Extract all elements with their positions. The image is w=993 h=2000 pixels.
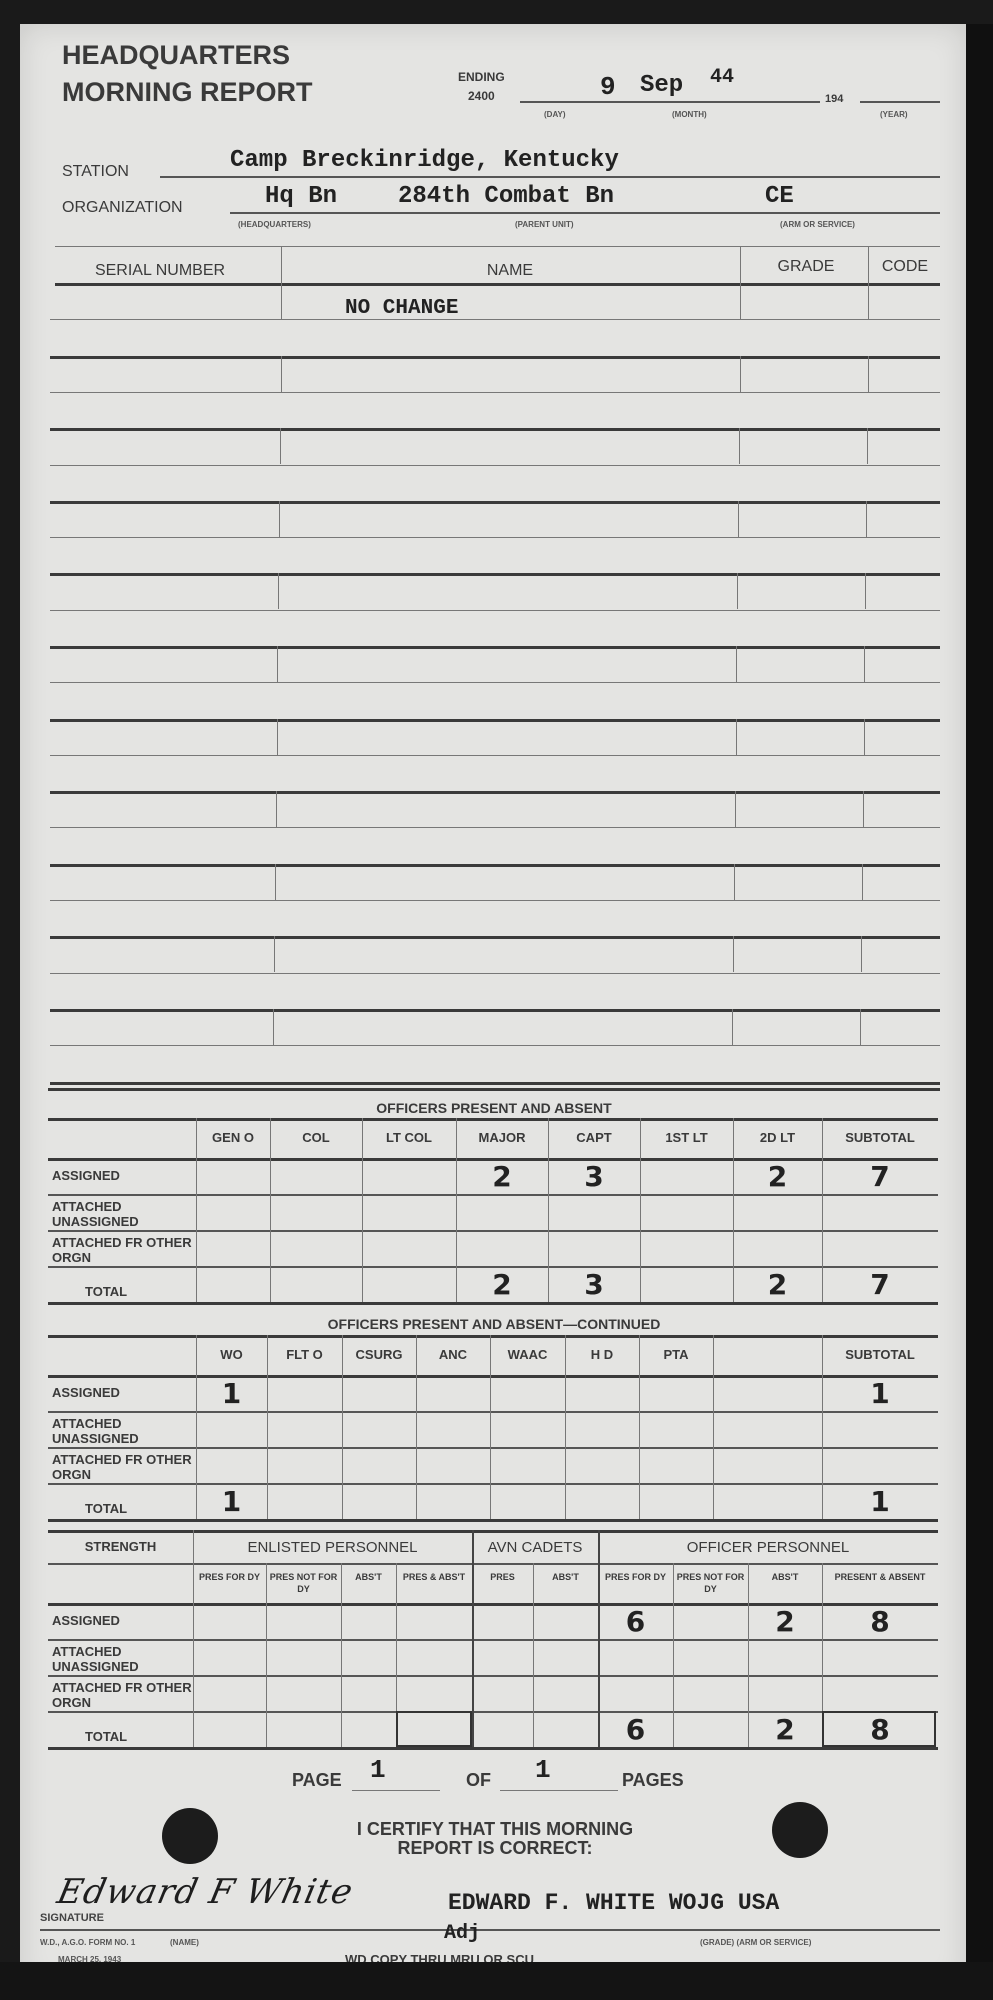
col-divider (748, 1563, 749, 1747)
col-divider (673, 1563, 674, 1747)
of-label: OF (466, 1770, 491, 1791)
officers-cont-col-header: WAAC (490, 1347, 565, 1362)
roster-header-line (55, 283, 940, 286)
roster-row-line (50, 356, 940, 359)
roster-row-line (50, 319, 940, 320)
signature: Edward F White (54, 1872, 357, 1912)
strength-subcol-header: PRES NOT FOR DY (673, 1571, 748, 1595)
organization-line (230, 212, 940, 214)
name-caption: (NAME) (170, 1938, 199, 1947)
report-month: Sep (640, 72, 683, 99)
table-line (48, 1194, 938, 1196)
cell-value: 1 (196, 1485, 267, 1518)
year-line (860, 101, 940, 103)
arm-caption: (ARM OR SERVICE) (780, 220, 855, 229)
col-divider (713, 1335, 714, 1519)
scan-border-bottom (0, 1962, 993, 2000)
roster-col-divider (733, 936, 734, 972)
org-parent-unit: 284th Combat Bn (398, 183, 614, 210)
roster-col-divider (864, 646, 865, 682)
total-pages: 1 (535, 1755, 551, 1785)
roster-col-divider (736, 719, 737, 755)
roster-row-line (50, 973, 940, 974)
ending-label: ENDING (458, 70, 505, 84)
col-divider (533, 1563, 534, 1747)
roster-col-divider (280, 428, 281, 464)
strength-subcol-header: PRES FOR DY (193, 1571, 266, 1583)
roster-col-divider (862, 864, 863, 900)
roster-col-divider (281, 246, 282, 283)
signature-label: SIGNATURE (40, 1912, 104, 1924)
cell-value: 2 (748, 1713, 822, 1746)
enlisted-total-box (396, 1711, 472, 1747)
roster-col-divider (865, 573, 866, 609)
roster-col-divider (738, 501, 739, 537)
strength-subcol-header: ABS'T (533, 1571, 598, 1583)
roster-col-divider (863, 791, 864, 827)
punch-hole-right (772, 1802, 828, 1858)
strength-subcol-header: PRES FOR DY (598, 1571, 673, 1583)
table-line (48, 1118, 938, 1121)
officers-col-header: SUBTOTAL (822, 1130, 938, 1145)
org-arm-service: CE (765, 183, 794, 210)
row-label: ASSIGNED (52, 1168, 192, 1183)
strength-subcol-header: PRES NOT FOR DY (266, 1571, 341, 1595)
page-label: PAGE (292, 1770, 342, 1791)
roster-col-divider (737, 573, 738, 609)
day-caption: (DAY) (544, 110, 565, 119)
col-divider (416, 1335, 417, 1519)
year-prefix: 194 (825, 93, 843, 105)
strength-subcol-header: PRESENT & ABSENT (822, 1571, 938, 1583)
roster-col-divider (739, 428, 740, 464)
scan-border (966, 24, 993, 2000)
officers-cont-col-header: WO (196, 1347, 267, 1362)
roster-row-line (50, 428, 940, 431)
table-line (48, 1375, 938, 1378)
roster-col-divider (734, 864, 735, 900)
page-number: 1 (370, 1755, 386, 1785)
table-line (48, 1483, 938, 1485)
col-divider (639, 1335, 640, 1519)
roster-col-divider (277, 719, 278, 755)
roster-col-divider (740, 246, 741, 283)
grade-caption: (GRADE) (ARM OR SERVICE) (700, 1938, 811, 1947)
roster-col-divider (732, 1009, 733, 1045)
officers-cont-col-header: PTA (639, 1347, 713, 1362)
station-line (160, 176, 940, 178)
table-line (48, 1411, 938, 1413)
roster-col-divider (866, 501, 867, 537)
officers-cont-col-header: ANC (416, 1347, 490, 1362)
table-line (48, 1230, 938, 1232)
row-label: ATTACHED FR OTHER ORGN (52, 1235, 192, 1265)
cell-value: 2 (733, 1268, 822, 1301)
officers-col-header: 2D LT (733, 1130, 822, 1145)
officers-title: OFFICERS PRESENT AND ABSENT (48, 1100, 940, 1116)
section-divider (48, 1088, 940, 1091)
roster-col-divider (276, 791, 277, 827)
roster-col-divider (281, 283, 282, 319)
table-line (48, 1335, 938, 1338)
roster-row-line (50, 755, 940, 756)
roster-row-line (50, 936, 940, 939)
cell-value: 1 (822, 1485, 938, 1518)
row-label: TOTAL (85, 1729, 225, 1744)
roster-row-line (50, 392, 940, 393)
roster-row-line (50, 537, 940, 538)
roster-row-line (50, 573, 940, 576)
cell-value: 3 (548, 1160, 640, 1193)
report-day: 9 (600, 72, 616, 102)
row-label: ASSIGNED (52, 1385, 192, 1400)
table-line (48, 1447, 938, 1449)
strength-label: STRENGTH (48, 1539, 193, 1554)
roster-col-divider (861, 936, 862, 972)
col-divider (266, 1563, 267, 1747)
month-caption: (MONTH) (672, 110, 707, 119)
punch-hole-left (162, 1808, 218, 1864)
total-pages-line (500, 1790, 618, 1791)
cell-value: 7 (822, 1268, 938, 1301)
row-label: ATTACHED UNASSIGNED (52, 1199, 192, 1229)
col-divider (472, 1530, 474, 1747)
roster-col-divider (868, 246, 869, 283)
cell-value: 7 (822, 1160, 938, 1193)
table-line (48, 1519, 938, 1522)
strength-group-header: OFFICER PERSONNEL (598, 1539, 938, 1556)
officers-col-header: 1ST LT (640, 1130, 733, 1145)
col-divider (267, 1335, 268, 1519)
roster-row-line (50, 719, 940, 722)
officers-col-header: LT COL (362, 1130, 456, 1145)
roster-col-divider (864, 719, 865, 755)
roster-col-divider (275, 864, 276, 900)
roster-col-divider (736, 646, 737, 682)
officers-continued-title: OFFICERS PRESENT AND ABSENT—CONTINUED (48, 1316, 940, 1332)
roster-row-line (50, 900, 940, 901)
row-label: ATTACHED FR OTHER ORGN (52, 1452, 192, 1482)
roster-col-divider (740, 283, 741, 319)
col-divider (822, 1118, 823, 1302)
form-number: W.D., A.G.O. FORM NO. 1 (40, 1938, 135, 1947)
strength-subcol-header: PRES & ABS'T (396, 1571, 472, 1583)
roster-col-divider (868, 356, 869, 392)
officers-cont-col-header: FLT O (267, 1347, 342, 1362)
strength-group-header: ENLISTED PERSONNEL (193, 1539, 472, 1556)
col-divider (196, 1335, 197, 1519)
table-line (48, 1302, 938, 1305)
roster-row-line (50, 610, 940, 611)
officers-col-header: COL (270, 1130, 362, 1145)
roster-row-line (50, 827, 940, 828)
roster-row-line (50, 465, 940, 466)
roster-col-code: CODE (870, 258, 940, 276)
signer-title: Adj (444, 1922, 480, 1945)
roster-col-divider (274, 936, 275, 972)
roster-col-divider (868, 283, 869, 319)
officers-cont-col-header: H D (565, 1347, 639, 1362)
report-year: 44 (710, 66, 734, 89)
ending-time: 2400 (468, 89, 495, 103)
roster-col-divider (860, 1009, 861, 1045)
col-divider (270, 1118, 271, 1302)
cell-value: 2 (733, 1160, 822, 1193)
station-value: Camp Breckinridge, Kentucky (230, 147, 619, 174)
form-title-line2: MORNING REPORT (62, 77, 313, 108)
col-divider (193, 1530, 194, 1747)
cell-value: 2 (456, 1268, 548, 1301)
officers-cont-col-header: SUBTOTAL (822, 1347, 938, 1362)
roster-col-divider (279, 501, 280, 537)
form-title-line1: HEADQUARTERS (62, 40, 290, 71)
roster-col-serial: SERIAL NUMBER (60, 262, 260, 280)
strength-group-header: AVN CADETS (472, 1539, 598, 1556)
signature-line (40, 1929, 940, 1931)
station-label: STATION (62, 163, 129, 181)
date-line (520, 101, 820, 103)
page-line (352, 1790, 440, 1791)
roster-top-line (55, 246, 940, 247)
col-divider (548, 1118, 549, 1302)
parent-caption: (PARENT UNIT) (515, 220, 574, 229)
strength-subcol-header: ABS'T (748, 1571, 822, 1583)
col-divider (362, 1118, 363, 1302)
officer-total-box (822, 1711, 936, 1747)
table-line (48, 1563, 938, 1565)
roster-col-divider (740, 356, 741, 392)
roster-col-divider (735, 791, 736, 827)
col-divider (733, 1118, 734, 1302)
roster-row-line (50, 682, 940, 683)
roster-row-line (50, 791, 940, 794)
row-label: ATTACHED UNASSIGNED (52, 1644, 192, 1674)
roster-entry-name: NO CHANGE (345, 297, 458, 320)
cell-value: 1 (196, 1377, 267, 1410)
cell-value: 6 (598, 1605, 673, 1638)
cell-value: 1 (822, 1377, 938, 1410)
strength-subcol-header: PRES (472, 1571, 533, 1583)
roster-row-line (50, 864, 940, 867)
roster-row-line (50, 1009, 940, 1012)
roster-col-divider (277, 646, 278, 682)
officers-col-header: GEN O (196, 1130, 270, 1145)
table-line (48, 1747, 938, 1750)
table-line (48, 1639, 938, 1641)
table-line (48, 1530, 938, 1533)
table-line (48, 1675, 938, 1677)
col-divider (490, 1335, 491, 1519)
roster-col-divider (278, 573, 279, 609)
hq-caption: (HEADQUARTERS) (238, 220, 311, 229)
roster-row-line (50, 1082, 940, 1085)
cell-value: 2 (456, 1160, 548, 1193)
year-caption: (YEAR) (880, 110, 908, 119)
row-label: TOTAL (85, 1284, 225, 1299)
roster-col-name: NAME (280, 262, 740, 280)
row-label: ASSIGNED (52, 1613, 192, 1628)
strength-subcol-header: ABS'T (341, 1571, 396, 1583)
cell-value: 2 (748, 1605, 822, 1638)
col-divider (598, 1530, 600, 1747)
col-divider (456, 1118, 457, 1302)
officers-col-header: CAPT (548, 1130, 640, 1145)
col-divider (341, 1563, 342, 1747)
roster-col-grade: GRADE (742, 258, 870, 276)
roster-row-line (50, 646, 940, 649)
officers-col-header: MAJOR (456, 1130, 548, 1145)
organization-label: ORGANIZATION (62, 199, 183, 217)
roster-col-divider (867, 428, 868, 464)
col-divider (640, 1118, 641, 1302)
col-divider (196, 1118, 197, 1302)
roster-col-divider (273, 1009, 274, 1045)
certify-line1: I CERTIFY THAT THIS MORNING (260, 1819, 730, 1840)
cell-value: 8 (822, 1605, 938, 1638)
col-divider (565, 1335, 566, 1519)
org-headquarters: Hq Bn (265, 183, 337, 210)
col-divider (822, 1335, 823, 1519)
roster-col-divider (281, 356, 282, 392)
roster-row-line (50, 1045, 940, 1046)
roster-row-line (50, 501, 940, 504)
row-label: ATTACHED UNASSIGNED (52, 1416, 192, 1446)
cell-value: 3 (548, 1268, 640, 1301)
officers-cont-col-header: CSURG (342, 1347, 416, 1362)
cell-value: 6 (598, 1713, 673, 1746)
col-divider (342, 1335, 343, 1519)
typed-name: EDWARD F. WHITE WOJG USA (448, 1890, 779, 1916)
pages-label: PAGES (622, 1770, 684, 1791)
row-label: ATTACHED FR OTHER ORGN (52, 1680, 192, 1710)
certify-line2: REPORT IS CORRECT: (260, 1838, 730, 1859)
